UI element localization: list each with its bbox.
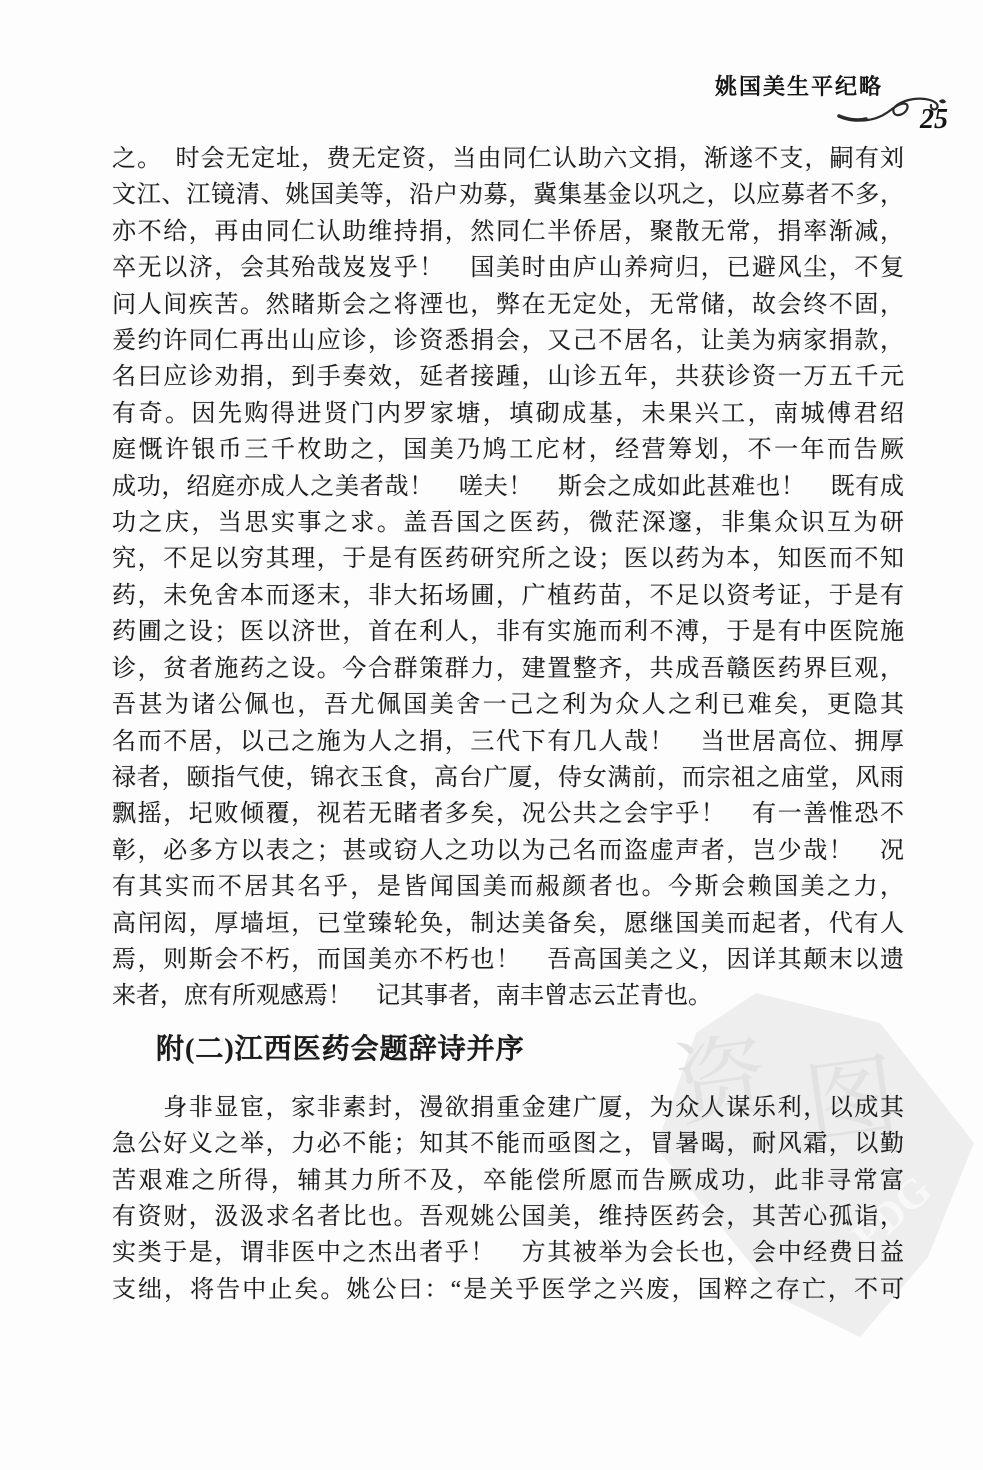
text-line: 究，不足以穷其理，于是有医药研究所之设；医以药为本，知医而不知 [112,541,904,577]
text-line: 名而不居，以己之施为人之捐，三代下有几人哉！ 当世居高位、拥厚 [112,724,904,760]
text-line: 成功，绍庭亦成人之美者哉！ 嗟夫！ 斯会之成如此甚难也！ 既有成 [112,469,904,505]
text-line: 卒无以济，会其殆哉岌岌乎！ 国美时由庐山养疴归，已避风尘，不复 [112,250,904,286]
text-line: 焉，则斯会不朽，而国美亦不朽也！ 吾高国美之义，因详其颠末以遗 [112,942,904,978]
text-line: 有资财，汲汲求名者比也。吾观姚公国美，维持医药会，其苦心孤诣， [112,1199,904,1235]
text-line: 来者，庶有所观感焉！ 记其事者，南丰曾志云芷青也。 [112,978,904,1014]
text-line: 之。 时会无定址，费无定资，当由同仁认助六文捐，渐遂不支，嗣有刘 [112,141,904,177]
text-line: 苦艰难之所得，辅其力所不及，卒能偿所愿而告厥成功，此非寻常富 [112,1163,904,1199]
page-number: 25 [920,104,948,136]
text-line: 禄者，颐指气使，锦衣玉食，高台广厦，侍女满前，而宗祖之庙堂，风雨 [112,760,904,796]
text-line: 有奇。因先购得进贤门内罗家塘，填砌成基，未果兴工，南城傅君绍 [112,396,904,432]
text-line: 庭慨许银币三千枚助之，国美乃鸠工庀材，经营筹划，不一年而告厥 [112,432,904,468]
text-line: 功之庆，当思实事之求。盖吾国之医药，微茫深邃，非集众识互为研 [112,505,904,541]
text-line: 亦不给，再由同仁认助维持捐，然同仁半侨居，聚散无常，捐率渐减， [112,214,904,250]
text-line: 高闬闳，厚墙垣，已堂臻轮奂，制达美备矣，愿继国美而起者，代有人 [112,906,904,942]
text-line: 有其实而不居其名乎，是皆闻国美而赧颜者也。今斯会赖国美之力， [112,869,904,905]
text-line: 身非显宦，家非素封，漫欲捐重金建广厦，为众人谋乐利，以成其 [112,1090,904,1126]
paragraph-continuation: 之。 时会无定址，费无定资，当由同仁认助六文捐，渐遂不支，嗣有刘文江、江镜清、姚… [112,141,904,1015]
section-heading: 附(二)江西医药会题辞诗并序 [112,1030,904,1070]
text-line: 支绌，将告中止矣。姚公曰：“是关乎医学之兴废，国粹之存亡，不可 [112,1272,904,1308]
text-line: 文江、江镜清、姚国美等，沿户劝募，冀集基金以巩之，以应募者不多， [112,177,904,213]
text-line: 彰，必多方以表之；甚或窃人之功以为己名而盗虚声者，岂少哉！ 况 [112,833,904,869]
paragraph-preface: 身非显宦，家非素封，漫欲捐重金建广厦，为众人谋乐利，以成其急公好义之举，力必不能… [112,1090,904,1308]
text-line: 爰约许同仁再出山应诊，诊资悉捐会，又己不居名，让美为病家捐款， [112,323,904,359]
scanned-book-page: 资 图 PDG 姚国美生平纪略 25 之。 时会无定址，费无定资，当由同仁认助六… [0,0,983,1470]
text-line: 实类于是，谓非医中之杰出者乎！ 方其被举为会长也，会中经费日益 [112,1235,904,1271]
text-line: 吾甚为诸公佩也，吾尤佩国美舍一己之利为众人之利已难矣，更隐其 [112,687,904,723]
text-line: 名曰应诊劝捐，到手奏效，延者接踵，山诊五年，共获诊资一万五千元 [112,359,904,395]
text-line: 急公好义之举，力必不能；知其不能而亟图之，冒暑暍，耐风霜，以勤 [112,1126,904,1162]
text-line: 药，未免舍本而逐末，非大拓场圃，广植药苗，不足以资考证，于是有 [112,578,904,614]
text-line: 飘摇，圮败倾覆，视若无睹者多矣，况公共之会宇乎！ 有一善惟恐不 [112,796,904,832]
text-line: 药圃之设；医以济世，首在利人，非有实施而利不溥，于是有中医院施 [112,614,904,650]
page-body-text: 之。 时会无定址，费无定资，当由同仁认助六文捐，渐遂不支，嗣有刘文江、江镜清、姚… [112,141,904,1308]
text-line: 诊，贫者施药之设。今合群策群力，建置整齐，共成吾赣医药界巨观， [112,651,904,687]
text-line: 问人间疾苦。然睹斯会之将湮也，弊在无定处，无常储，故会终不固， [112,287,904,323]
